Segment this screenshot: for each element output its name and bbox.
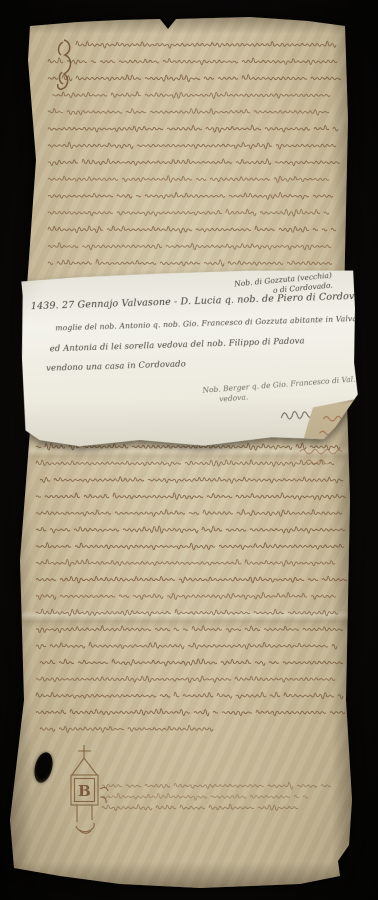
archival-slip-wrap: Nob. di Gozzuta (vecchia) o di Cordovado…	[18, 266, 360, 451]
pencil-note: Nob. Berger q. de Gio. Francesco di Val.…	[202, 375, 356, 406]
manuscript-text-line	[36, 642, 337, 649]
manuscript-text-line	[48, 58, 337, 65]
manuscript-text-line	[48, 259, 332, 266]
notary-signum-icon: B	[71, 745, 108, 833]
manuscript-text-line	[52, 92, 330, 99]
manuscript-text-line	[36, 593, 336, 600]
manuscript-text-line	[36, 493, 346, 500]
manuscript-text-line	[48, 209, 329, 216]
torn-patch-ink-marks	[309, 408, 360, 441]
manuscript-text-line	[40, 725, 213, 732]
manuscript-text-line	[40, 477, 343, 484]
manuscript-text-line	[36, 676, 335, 683]
manuscript-text-line	[36, 576, 347, 583]
manuscript-text-line	[48, 108, 329, 115]
slip-text-line: ed Antonia di lei sorella vedova del nob…	[50, 335, 305, 353]
photo-stage: B Nob. di Gozzuta (vecchia) o di Cordova…	[0, 0, 378, 900]
manuscript-text-line	[102, 782, 331, 789]
manuscript-text-line	[48, 159, 340, 166]
manuscript-text-line	[48, 142, 336, 149]
manuscript-text-line	[36, 609, 338, 616]
decorated-initial	[58, 40, 71, 89]
marginal-ink-marks	[300, 450, 342, 465]
manuscript-text-line	[36, 709, 345, 716]
manuscript-text-line	[48, 75, 341, 82]
manuscript-text-line	[48, 176, 329, 183]
archival-slip: Nob. di Gozzuta (vecchia) o di Cordovado…	[18, 266, 360, 451]
slip-text-line: vendono una casa in Cordovado	[46, 358, 186, 372]
slip-text-line: moglie del nob. Antonio q. nob. Gio. Fra…	[55, 313, 375, 332]
manuscript-text-line	[36, 509, 342, 516]
manuscript-text-line	[48, 226, 336, 233]
manuscript-text-line	[76, 41, 336, 48]
manuscript-text-line	[48, 243, 331, 250]
manuscript-text-line	[102, 804, 298, 810]
manuscript-text-line	[48, 192, 333, 199]
manuscript-text-line	[36, 559, 335, 566]
manuscript-text-line	[36, 626, 343, 633]
manuscript-text-line	[36, 526, 345, 533]
manuscript-text-line	[36, 460, 334, 467]
manuscript-text-line	[102, 793, 308, 800]
manuscript-text-line	[48, 125, 338, 132]
manuscript-text-line	[36, 543, 344, 550]
manuscript-text-line	[36, 692, 343, 699]
manuscript-text-line	[40, 659, 343, 666]
signum-monogram: B	[78, 782, 91, 800]
slip-text-line: 1439. 27 Gennajo Valvasone - D. Lucia q.…	[31, 290, 373, 312]
